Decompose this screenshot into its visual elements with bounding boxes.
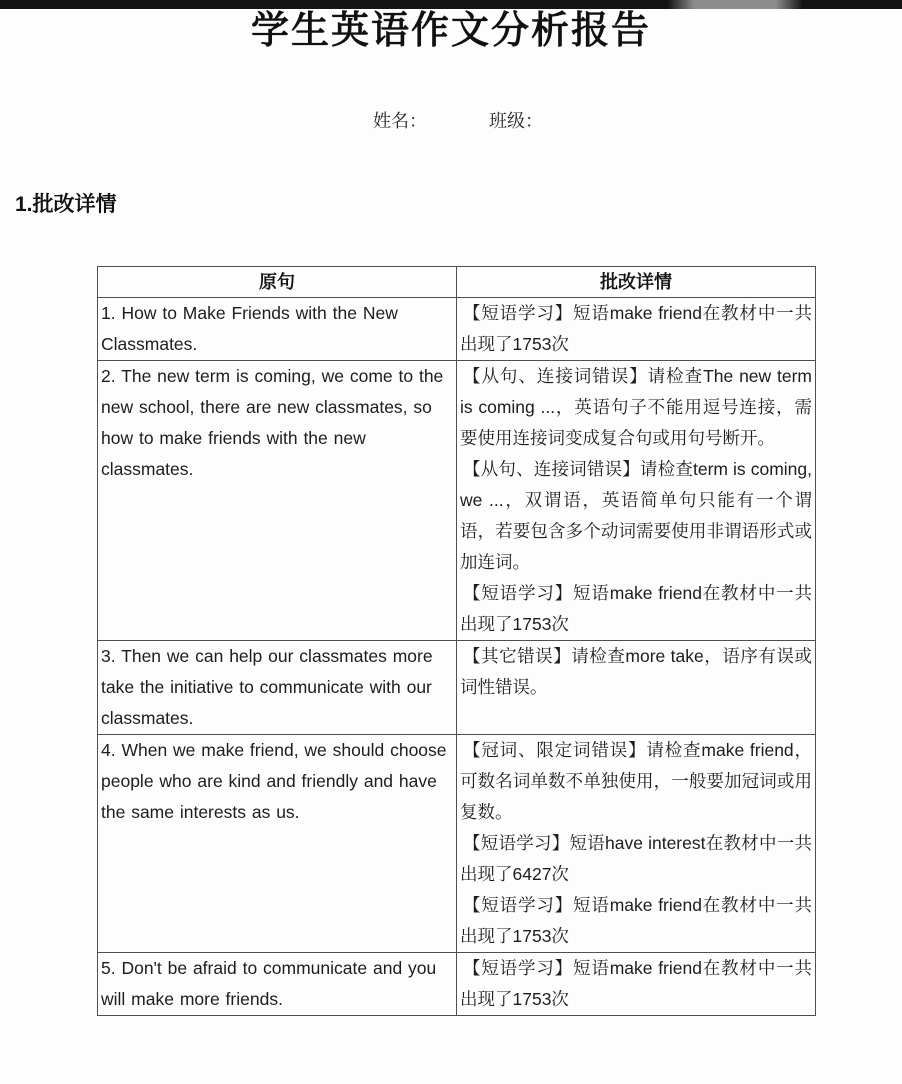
correction-details-cell: 【短语学习】短语make friend在教材中一共出现了1753次 — [457, 953, 816, 1016]
student-meta: 姓名：班级： — [373, 109, 902, 133]
original-sentence-cell: 3. Then we can help our classmates more … — [98, 641, 457, 735]
column-header-correction-details: 批改详情 — [457, 267, 816, 298]
original-sentence-cell: 1. How to Make Friends with the New Clas… — [98, 298, 457, 361]
table-row: 4. When we make friend, we should choose… — [98, 735, 816, 953]
correction-details-cell: 【冠词、限定词错误】请检查make friend，可数名词单数不单独使用，一般要… — [457, 735, 816, 953]
original-sentence-cell: 4. When we make friend, we should choose… — [98, 735, 457, 953]
table-row: 2. The new term is coming, we come to th… — [98, 361, 816, 641]
table-row: 5. Don't be afraid to communicate and yo… — [98, 953, 816, 1016]
corrections-table: 原句 批改详情 1. How to Make Friends with the … — [97, 266, 816, 1016]
scan-artifact-top-edge — [0, 0, 902, 9]
original-sentence-cell: 2. The new term is coming, we come to th… — [98, 361, 457, 641]
correction-item: 【其它错误】请检查more take，语序有误或词性错误。 — [460, 641, 812, 703]
name-label: 姓名： — [373, 111, 427, 131]
column-header-original-sentence: 原句 — [98, 267, 457, 298]
correction-item: 【短语学习】短语make friend在教材中一共出现了1753次 — [460, 953, 812, 1015]
page-title: 学生英语作文分析报告 — [0, 7, 902, 55]
correction-details-cell: 【短语学习】短语make friend在教材中一共出现了1753次 — [457, 298, 816, 361]
class-label: 班级： — [489, 111, 543, 131]
report-page: 学生英语作文分析报告 姓名：班级： 1.批改详情 原句 批改详情 1. How … — [0, 0, 902, 1084]
original-sentence-cell: 5. Don't be afraid to communicate and yo… — [98, 953, 457, 1016]
correction-details-cell: 【其它错误】请检查more take，语序有误或词性错误。 — [457, 641, 816, 735]
correction-item: 【短语学习】短语make friend在教材中一共出现了1753次 — [460, 578, 812, 640]
correction-item: 【短语学习】短语have interest在教材中一共出现了6427次 — [460, 828, 812, 890]
correction-item: 【从句、连接词错误】请检查The new term is coming ...，… — [460, 361, 812, 454]
table-row: 3. Then we can help our classmates more … — [98, 641, 816, 735]
table-header-row: 原句 批改详情 — [98, 267, 816, 298]
section-heading-correction-details: 1.批改详情 — [15, 191, 902, 219]
table-row: 1. How to Make Friends with the New Clas… — [98, 298, 816, 361]
correction-item: 【从句、连接词错误】请检查term is coming, we ...，双谓语，… — [460, 454, 812, 578]
correction-item: 【短语学习】短语make friend在教材中一共出现了1753次 — [460, 298, 812, 360]
correction-item: 【短语学习】短语make friend在教材中一共出现了1753次 — [460, 890, 812, 952]
correction-item: 【冠词、限定词错误】请检查make friend，可数名词单数不单独使用，一般要… — [460, 735, 812, 828]
correction-details-cell: 【从句、连接词错误】请检查The new term is coming ...，… — [457, 361, 816, 641]
